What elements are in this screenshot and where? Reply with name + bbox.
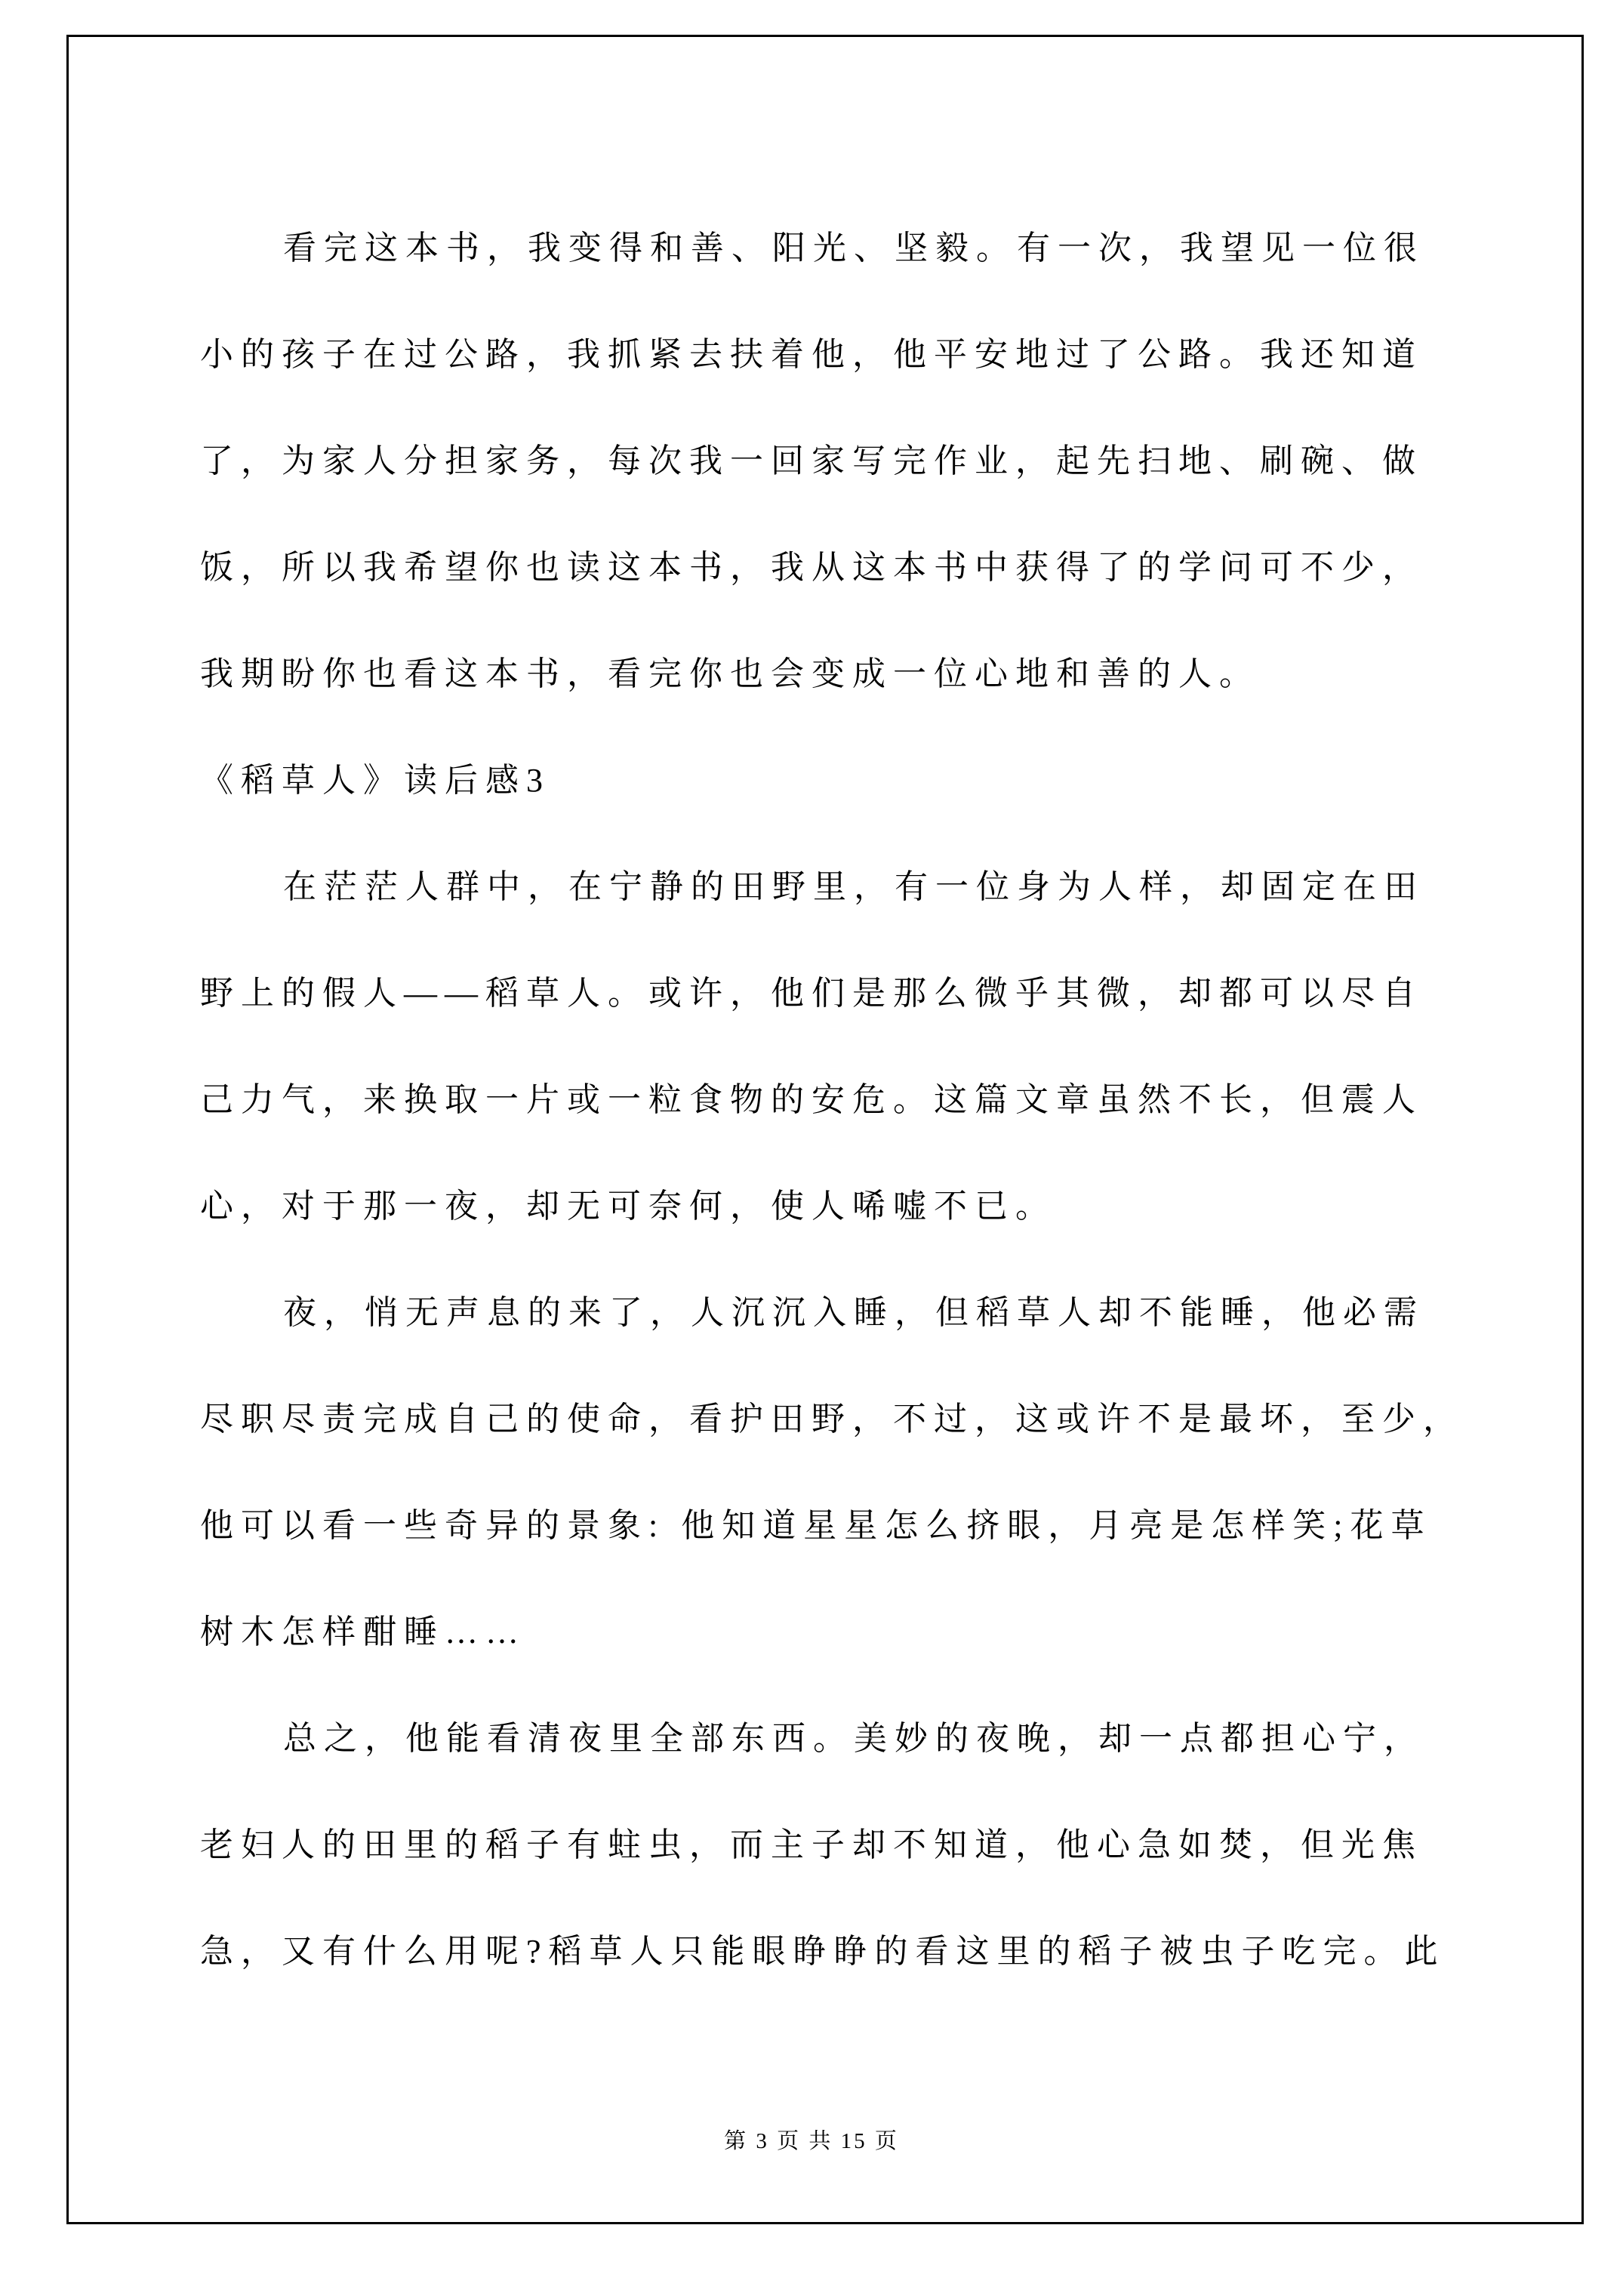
document-body: 看完这本书，我变得和善、阳光、坚毅。有一次，我望见一位很小的孩子在过公路，我抓紧… [200, 195, 1453, 2005]
text-line: 了，为家人分担家务，每次我一回家写完作业，起先扫地、刷碗、做 [200, 408, 1453, 514]
text-line: 心，对于那一夜，却无可奈何，使人唏嘘不已。 [200, 1153, 1453, 1259]
text-line: 总之，他能看清夜里全部东西。美妙的夜晚，却一点都担心宁， [200, 1685, 1453, 1792]
text-line: 看完这本书，我变得和善、阳光、坚毅。有一次，我望见一位很 [200, 195, 1453, 301]
text-line: 饭，所以我希望你也读这本书，我从这本书中获得了的学问可不少， [200, 514, 1453, 621]
text-line: 他可以看一些奇异的景象: 他知道星星怎么挤眼，月亮是怎样笑;花草 [200, 1472, 1453, 1579]
text-line: 《稻草人》读后感3 [200, 727, 1453, 834]
text-line: 小的孩子在过公路，我抓紧去扶着他，他平安地过了公路。我还知道 [200, 301, 1453, 408]
text-line: 夜，悄无声息的来了，人沉沉入睡，但稻草人却不能睡，他必需 [200, 1259, 1453, 1366]
text-line: 己力气，来换取一片或一粒食物的安危。这篇文章虽然不长，但震人 [200, 1046, 1453, 1153]
text-line: 急，又有什么用呢?稻草人只能眼睁睁的看这里的稻子被虫子吃完。此 [200, 1898, 1453, 2005]
page-number: 第 3 页 共 15 页 [724, 2129, 899, 2153]
text-line: 我期盼你也看这本书，看完你也会变成一位心地和善的人。 [200, 621, 1453, 727]
text-line: 在茫茫人群中，在宁静的田野里，有一位身为人样，却固定在田 [200, 834, 1453, 940]
text-line: 尽职尽责完成自己的使命，看护田野，不过，这或许不是最坏，至少， [200, 1366, 1453, 1472]
page-footer: 第 3 页 共 15 页 [0, 2125, 1623, 2158]
text-line: 野上的假人——稻草人。或许，他们是那么微乎其微，却都可以尽自 [200, 940, 1453, 1046]
text-line: 老妇人的田里的稻子有蛀虫，而主子却不知道，他心急如焚，但光焦 [200, 1792, 1453, 1898]
text-line: 树木怎样酣睡…… [200, 1579, 1453, 1685]
